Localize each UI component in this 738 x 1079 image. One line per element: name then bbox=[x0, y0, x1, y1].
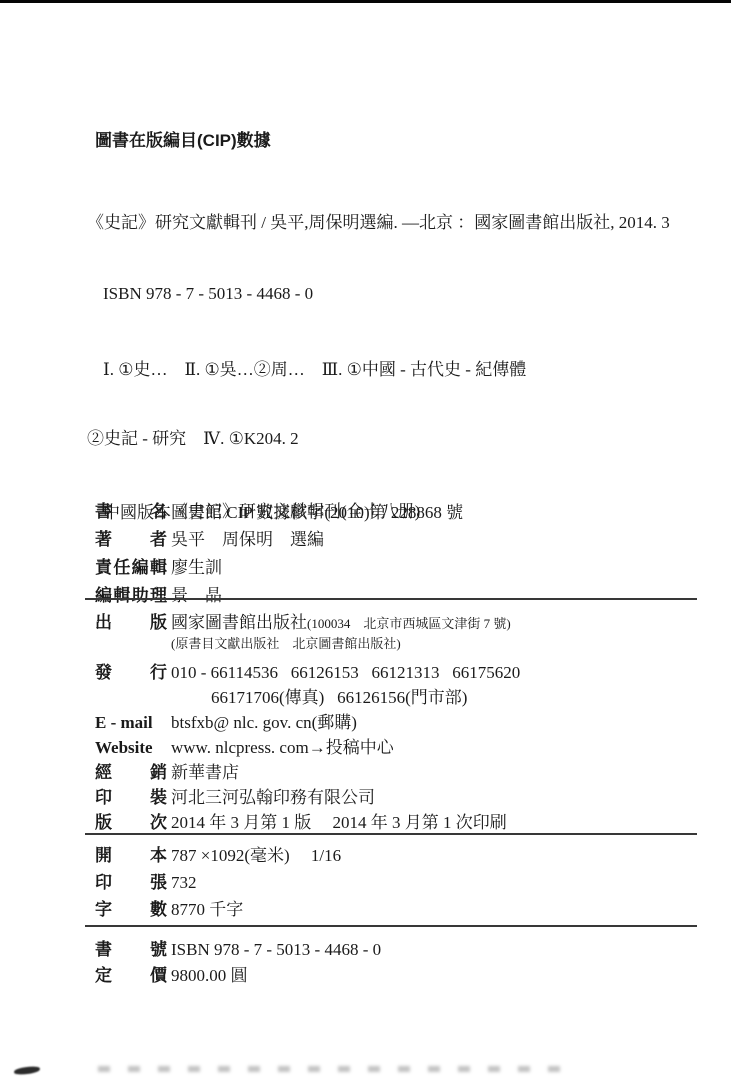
book-number-value: ISBN 978 - 7 - 5013 - 4468 - 0 bbox=[171, 940, 381, 960]
scan-artifact-top-bar bbox=[0, 0, 731, 3]
printer-value: 河北三河弘翰印務有限公司 bbox=[171, 783, 375, 808]
book-title-label: 書名 bbox=[95, 497, 167, 522]
publisher-label: 出版 bbox=[95, 608, 167, 633]
email-value: btsfxb@ nlc. gov. cn(郵購) bbox=[171, 708, 357, 733]
edition-row: 版次 2014 年 3 月第 1 版 2014 年 3 月第 1 次印刷 bbox=[95, 808, 715, 833]
editorial-assistant-label: 編輯助理 bbox=[95, 581, 167, 606]
isbn-price-block: 書號 ISBN 978 - 7 - 5013 - 4468 - 0 定價 980… bbox=[95, 935, 715, 987]
word-count-label: 字數 bbox=[95, 895, 167, 920]
book-title-row: 書名 《史記》研究文獻輯刊(全十八册) bbox=[95, 497, 715, 525]
sheet-size-row: 開本 787 ×1092(毫米) 1/16 bbox=[95, 841, 715, 868]
colophon-page: 圖書在版編目(CIP)數據 《史記》研究文獻輯刊 / 吳平,周保明選編. —北京… bbox=[0, 0, 738, 1079]
cip-classification-line1: Ⅰ. ①史… Ⅱ. ①吳…②周… Ⅲ. ①中國 - 古代史 - 紀傳體 bbox=[103, 359, 695, 380]
seller-row: 經銷 新華書店 bbox=[95, 758, 715, 783]
email-label: E - mail bbox=[95, 713, 167, 733]
publisher-name: 國家圖書館出版社 bbox=[171, 613, 307, 632]
price-value: 9800.00 圓 bbox=[171, 961, 248, 986]
scan-artifact-ink-blob bbox=[14, 1066, 41, 1076]
cip-entry-line: 《史記》研究文獻輯刊 / 吳平,周保明選編. —北京 ：國家圖書館出版社, 20… bbox=[87, 212, 695, 233]
cip-block: 圖書在版編目(CIP)數據 《史記》研究文獻輯刊 / 吳平,周保明選編. —北京… bbox=[95, 88, 695, 565]
former-publisher-row: (原書目文獻出版社 北京圖書館出版社) bbox=[95, 633, 715, 658]
printed-sheets-row: 印張 732 bbox=[95, 868, 715, 895]
book-number-row: 書號 ISBN 978 - 7 - 5013 - 4468 - 0 bbox=[95, 935, 715, 961]
seller-label: 經銷 bbox=[95, 758, 167, 783]
website-value: www. nlcpress. com→投稿中心 bbox=[171, 733, 394, 758]
responsible-editor-label: 責任編輯 bbox=[95, 553, 167, 578]
divider-line bbox=[85, 598, 697, 600]
printed-sheets-value: 732 bbox=[171, 873, 197, 893]
publisher-value: 國家圖書館出版社(100034 北京市西城區文津街 7 號) bbox=[171, 608, 511, 633]
distribution-phones2: 66171706(傳真) 66126156(門市部) bbox=[171, 683, 467, 708]
printer-row: 印裝 河北三河弘翰印務有限公司 bbox=[95, 783, 715, 808]
price-label: 定價 bbox=[95, 961, 167, 986]
book-title-value: 《史記》研究文獻輯刊(全十八册) bbox=[171, 497, 420, 522]
distribution-label: 發行 bbox=[95, 658, 167, 683]
website-row: Website www. nlcpress. com→投稿中心 bbox=[95, 733, 715, 758]
sheet-size-label: 開本 bbox=[95, 841, 167, 866]
edition-value: 2014 年 3 月第 1 版 2014 年 3 月第 1 次印刷 bbox=[171, 808, 507, 833]
price-row: 定價 9800.00 圓 bbox=[95, 961, 715, 987]
scan-artifact-bleedthrough bbox=[98, 1066, 568, 1072]
word-count-row: 字數 8770 千字 bbox=[95, 895, 715, 922]
author-value: 吳平 周保明 選編 bbox=[171, 525, 324, 550]
divider-line bbox=[85, 833, 697, 835]
seller-value: 新華書店 bbox=[171, 758, 239, 783]
email-row: E - mail btsfxb@ nlc. gov. cn(郵購) bbox=[95, 708, 715, 733]
edition-label: 版次 bbox=[95, 808, 167, 833]
editorial-assistant-value: 景 晶 bbox=[171, 581, 222, 606]
sheet-size-value: 787 ×1092(毫米) 1/16 bbox=[171, 841, 341, 866]
printed-sheets-label: 印張 bbox=[95, 868, 167, 893]
website-label: Website bbox=[95, 738, 167, 758]
editorial-assistant-row: 編輯助理 景 晶 bbox=[95, 581, 715, 609]
responsible-editor-row: 責任編輯 廖生訓 bbox=[95, 553, 715, 581]
word-count-value: 8770 千字 bbox=[171, 895, 243, 920]
publisher-address: (100034 北京市西城區文津街 7 號) bbox=[307, 616, 511, 631]
printer-label: 印裝 bbox=[95, 783, 167, 808]
book-number-label: 書號 bbox=[95, 935, 167, 960]
distribution-phones: 010 - 66114536 66126153 66121313 6617562… bbox=[171, 663, 520, 683]
author-label: 著者 bbox=[95, 525, 167, 550]
publication-block: 出版 國家圖書館出版社(100034 北京市西城區文津街 7 號) (原書目文獻… bbox=[95, 608, 715, 833]
distribution-row2: 66171706(傳真) 66126156(門市部) bbox=[95, 683, 715, 708]
book-info-block: 書名 《史記》研究文獻輯刊(全十八册) 著者 吳平 周保明 選編 責任編輯 廖生… bbox=[95, 497, 715, 609]
cip-isbn-line: ISBN 978 - 7 - 5013 - 4468 - 0 bbox=[103, 283, 695, 304]
publisher-row: 出版 國家圖書館出版社(100034 北京市西城區文津街 7 號) bbox=[95, 608, 715, 633]
distribution-row: 發行 010 - 66114536 66126153 66121313 6617… bbox=[95, 658, 715, 683]
divider-line bbox=[85, 925, 697, 927]
cip-classification-line2: ②史記 - 研究 Ⅳ. ①K204. 2 bbox=[87, 428, 695, 449]
cip-header: 圖書在版編目(CIP)數據 bbox=[95, 130, 695, 151]
format-block: 開本 787 ×1092(毫米) 1/16 印張 732 字數 8770 千字 bbox=[95, 841, 715, 922]
author-row: 著者 吳平 周保明 選編 bbox=[95, 525, 715, 553]
responsible-editor-value: 廖生訓 bbox=[171, 553, 222, 578]
former-publisher-names: (原書目文獻出版社 北京圖書館出版社) bbox=[171, 633, 401, 652]
